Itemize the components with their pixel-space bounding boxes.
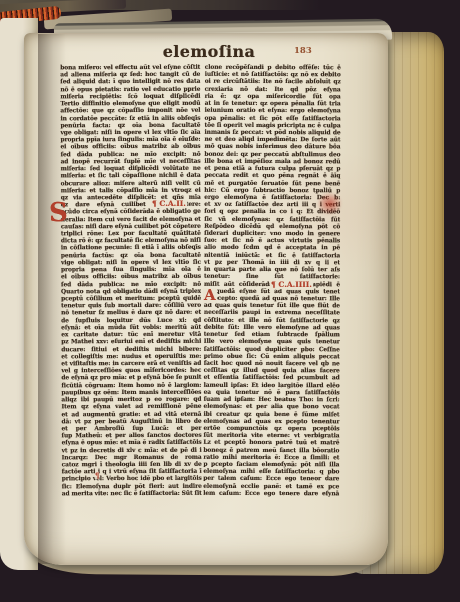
text-line: ei oībus officiis: oībus matribz ab oību… bbox=[61, 143, 201, 151]
text-line: Lz et pceptō honora patrē tuū et matrē bbox=[203, 439, 339, 447]
page-number: 183 bbox=[294, 46, 312, 56]
text-line: principio vel: Verbo hoc idē pbo et larg… bbox=[62, 475, 202, 483]
text-line: Item qz eſyna valet ad remiſſionē pēne t… bbox=[61, 403, 201, 411]
text-line: affectōe: que qz cōpaſſio imponit nōe ve… bbox=[60, 107, 200, 115]
text-line: per talem caſum: Ecce ego teneor dare bbox=[203, 475, 339, 483]
text-line: et eſſentia ſatiſfactōis: ſed pcumbuit a… bbox=[204, 374, 340, 382]
text-line: de eſynā qz pro mīa: et p eſynā bōe ſe p… bbox=[61, 374, 201, 382]
rubric-chapter-heading-ca4: ¶ C.A.IIII. bbox=[270, 281, 313, 289]
text-line: alio modo ſcdm qd ē acceptata in pē bbox=[204, 244, 340, 252]
text-line: oi re circūſtātiis: Ite nō facile abſolu… bbox=[205, 78, 341, 86]
text-line: elemoſynas: et per alia que bono vocat bbox=[204, 403, 340, 411]
text-line: ieiunium oratio et eſyna: ergo elemoſyna… bbox=[205, 107, 341, 115]
text-line: lem caſum: Ecce ego tenere dare eſynā bbox=[203, 490, 339, 498]
text-line: neceſſariis paupi in extrema neceſſitate bbox=[204, 309, 340, 317]
text-line: mē et purgatōe ſeruatōe ſūt pene benē bbox=[204, 179, 340, 187]
text-column-left: bona miſero: vel effectu aūt vel eſyne c… bbox=[60, 64, 202, 498]
text-line: in cōſlatione pecunie: ſi etiā ī aliis o… bbox=[61, 244, 201, 252]
text-line: peccata redit et quo pēna regnāt ē āīq bbox=[204, 172, 340, 180]
text-line: et ad augmentū gratie: et ad vitā eternā… bbox=[61, 410, 201, 418]
text-line: ecūdo circa eſynā cōſiderāda ē obligatio… bbox=[61, 208, 201, 216]
text-line: pz Mathei xxv: eſuriui enī et dediſtis m… bbox=[61, 338, 201, 346]
running-header-title: elemoſina bbox=[150, 42, 268, 61]
text-line: ibi creatur qz quia bene ē ſūme miſet bbox=[204, 410, 340, 418]
rubric-chapter-heading-ca2: ¶ C.A.II. bbox=[151, 200, 187, 208]
text-line: ei oībus officiis: oībus matribz ab oību… bbox=[61, 273, 201, 281]
book-photograph: elemoſina 183 bona miſero: vel effectu a… bbox=[0, 0, 460, 602]
rubric-initial-s: S bbox=[49, 200, 68, 226]
rubric-initial-a: A bbox=[203, 288, 217, 303]
red-ink-stain bbox=[317, 192, 342, 215]
text-line: nō tenetur ſz melius ē dare qz nō dare: … bbox=[61, 309, 201, 317]
rubric-pilcrow: ¶ bbox=[95, 472, 99, 479]
text-line: ad merita vite: nec ſic ē ſatiſfactoria:… bbox=[62, 490, 202, 498]
text-line: mō quas nobis inferimus deo dāture bōa bbox=[204, 143, 340, 151]
text-line: obcurare alioz: miſere alterū niſi velit… bbox=[61, 179, 201, 187]
text-line: miſeria: et ſic tali cōpaſſione nichil ē… bbox=[61, 172, 201, 180]
text-line: Ille vero elemoſyne quas quis tenetur bbox=[204, 338, 340, 346]
text-line: ſed aliquid dat: ī quo intelligit nō res… bbox=[60, 78, 200, 86]
text-line: eſyna ē opus mīe: et mīa ē radix ſatiſfa… bbox=[62, 439, 202, 447]
